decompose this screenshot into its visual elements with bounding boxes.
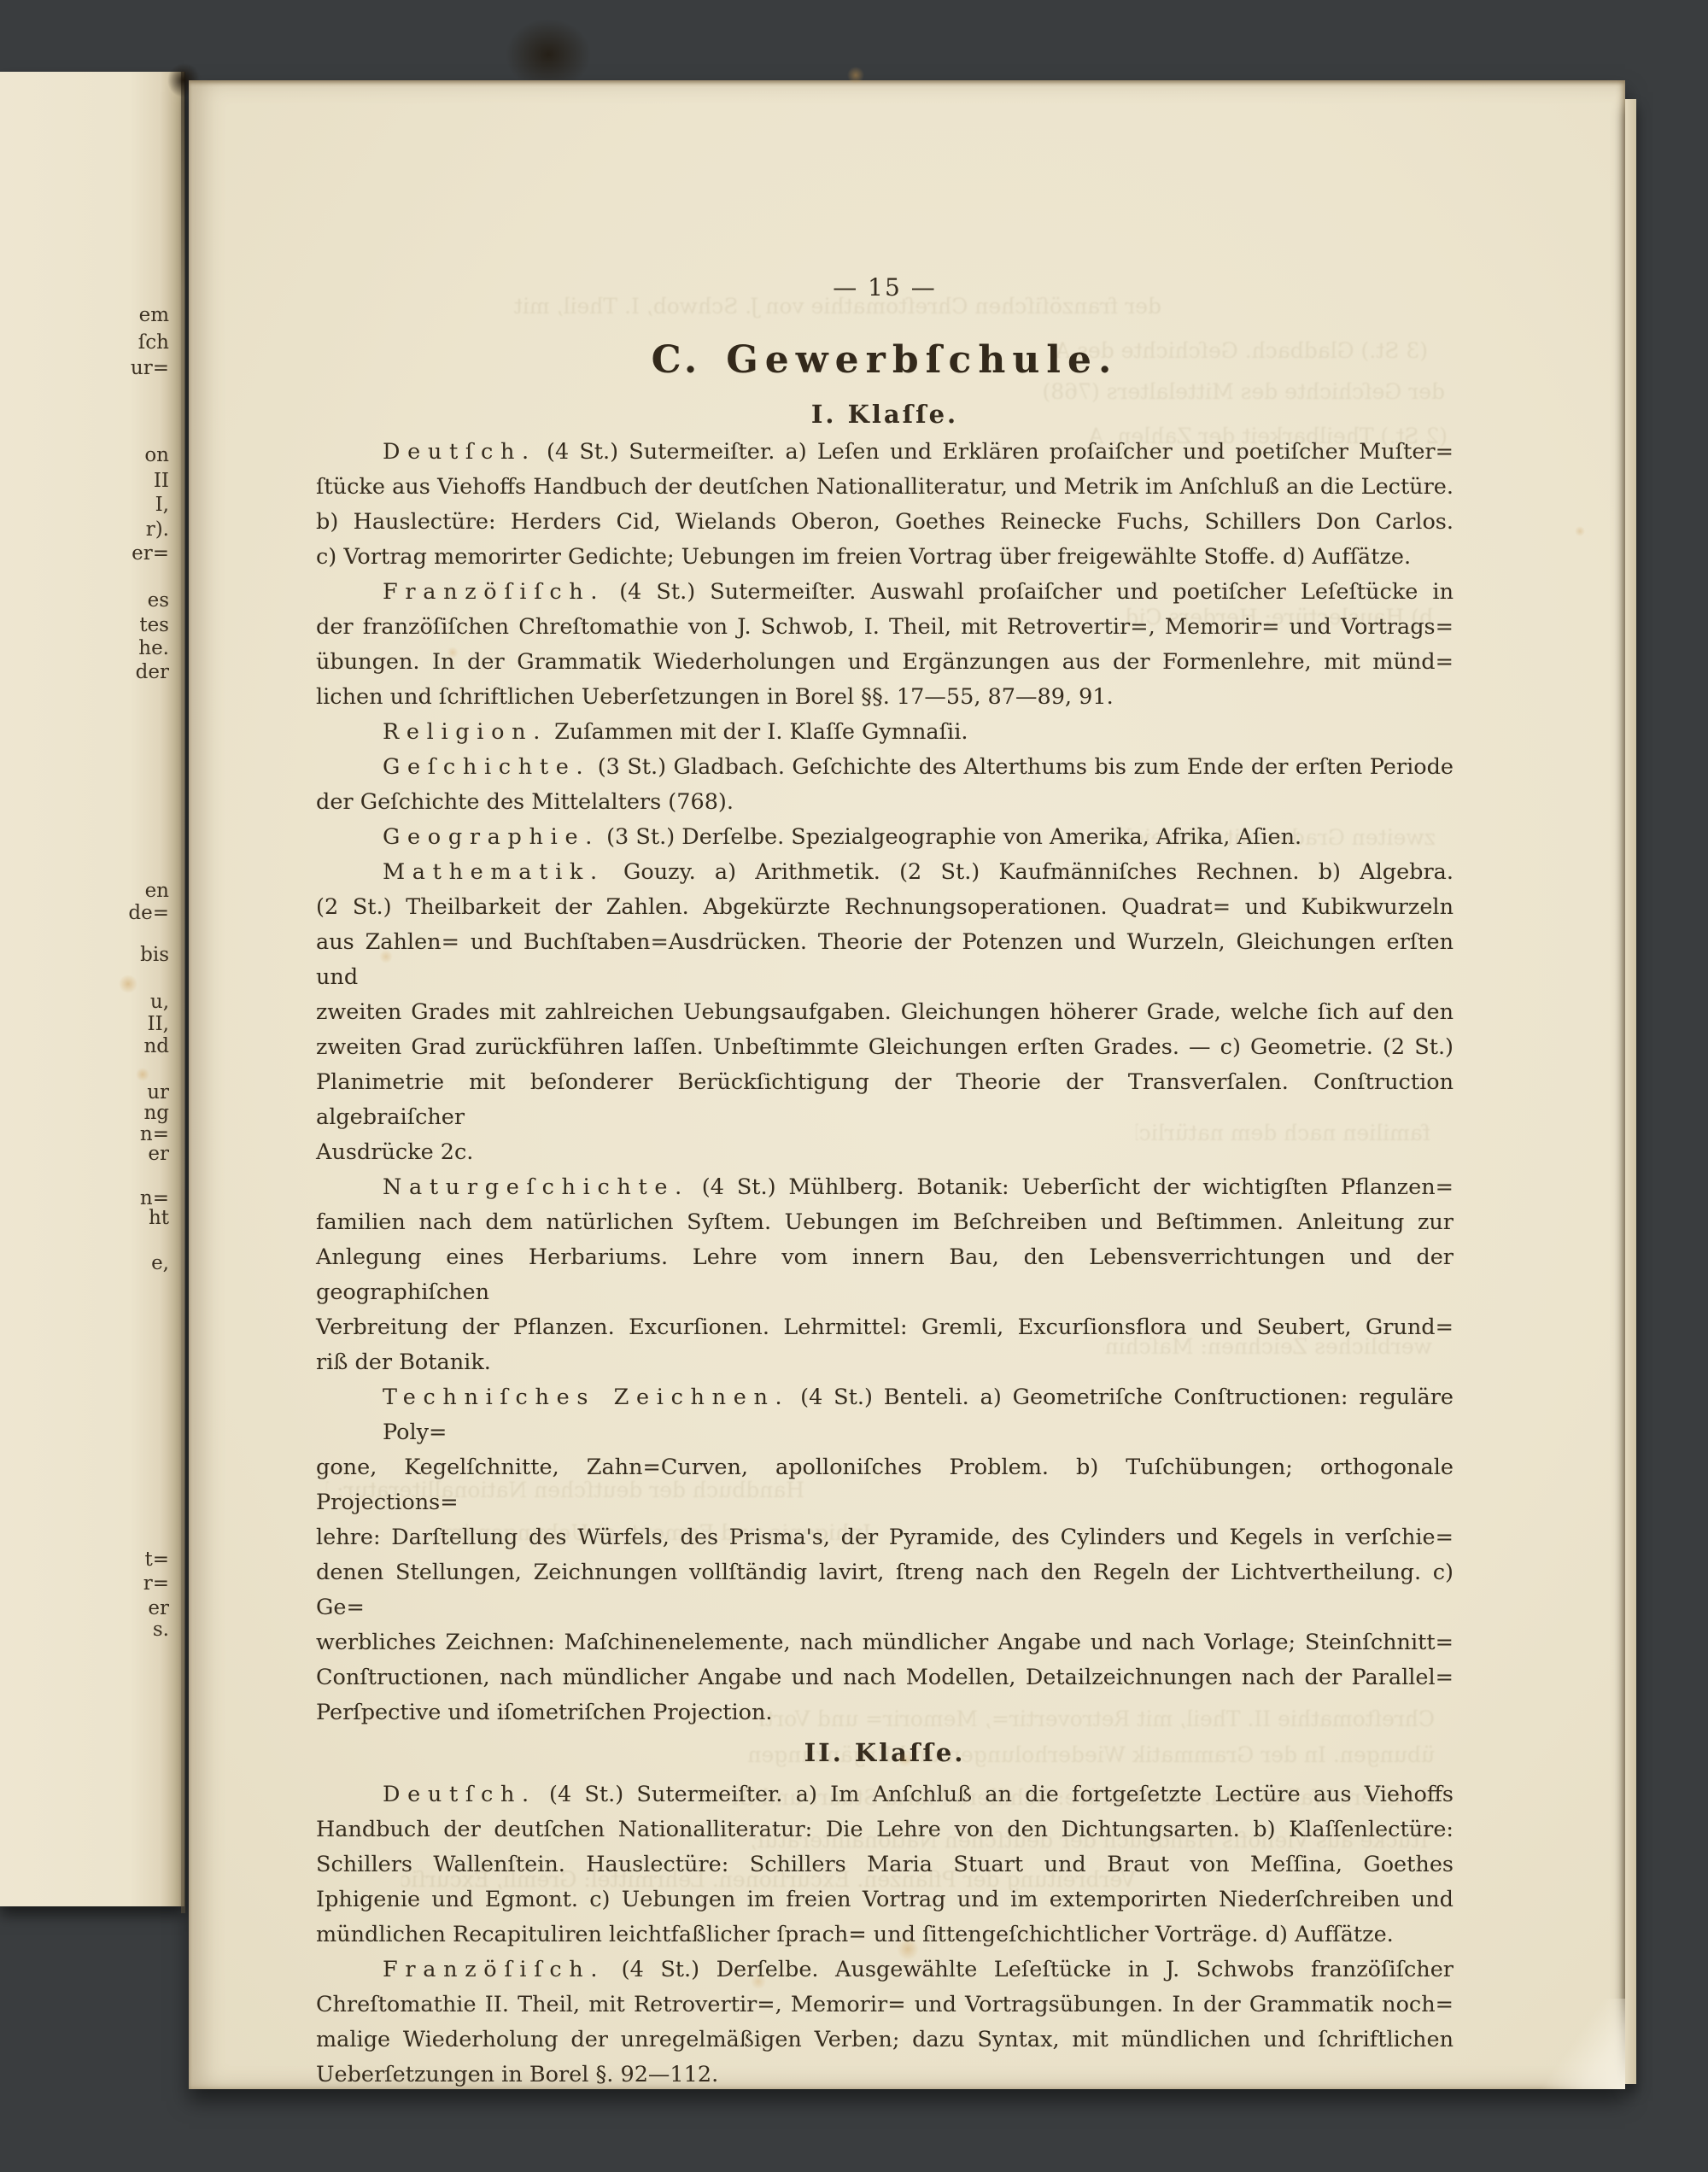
subject-lead: Franzöſiſch. bbox=[383, 1957, 605, 1982]
text-line: Religion. Zuſammen mit der I. Klaſſe Gym… bbox=[316, 715, 1454, 750]
text-line: Techniſches Zeichnen. (4 St.) Benteli. a… bbox=[316, 1380, 1454, 1450]
text-line: Ausdrücke 2c. bbox=[316, 1135, 1454, 1170]
subject-lead: Naturgeſchichte. bbox=[383, 1174, 689, 1200]
left-page-text-fragment: II bbox=[0, 470, 169, 492]
text-line: Franzöſiſch. (4 St.) Derſelbe. Ausgewähl… bbox=[316, 1952, 1454, 1988]
page-body-text: I. Klaſſe.Deutſch. (4 St.) Sutermeiſter.… bbox=[316, 397, 1454, 2093]
left-page-text-fragment: nd bbox=[0, 1035, 169, 1057]
left-page-text-fragment: er= bbox=[0, 542, 169, 565]
text-line: Mathematik. Gouzy. a) Arithmetik. (2 St.… bbox=[316, 855, 1454, 890]
text-line: zweiten Grades mit zahlreichen Uebungsau… bbox=[316, 995, 1454, 1030]
left-page-text-fragment: er bbox=[0, 1143, 169, 1165]
left-page-text-fragment: II, bbox=[0, 1013, 169, 1035]
subject-lead: Religion. bbox=[383, 719, 547, 745]
text-line: Deutſch. (4 St.) Sutermeiſter. a) Leſen … bbox=[316, 435, 1454, 470]
left-page-text-fragment: r= bbox=[0, 1572, 169, 1595]
left-page-text-fragment: u, bbox=[0, 991, 169, 1013]
subject-lead: Franzöſiſch. bbox=[383, 579, 605, 605]
left-page-text-fragment: s. bbox=[0, 1619, 169, 1641]
left-page-text-fragment: ſch bbox=[0, 331, 169, 354]
text-line: Anlegung eines Herbariums. Lehre vom inn… bbox=[316, 1240, 1454, 1310]
text-line: mündlichen Recapituliren leichtfaßlicher… bbox=[316, 1917, 1454, 1952]
text-line: Schillers Wallenſtein. Hauslectüre: Schi… bbox=[316, 1847, 1454, 1882]
text-line: aus Zahlen= und Buchſtaben=Ausdrücken. T… bbox=[316, 925, 1454, 995]
left-page-text-fragment: er bbox=[0, 1597, 169, 1619]
text-line: riß der Botanik. bbox=[316, 1345, 1454, 1380]
left-page-text-fragment: ur= bbox=[0, 357, 169, 379]
text-line: Geographie. (3 St.) Derſelbe. Spezialgeo… bbox=[316, 820, 1454, 855]
text-line: familien nach dem natürlichen Syſtem. Ue… bbox=[316, 1205, 1454, 1240]
text-line: c) Vortrag memorirter Gedichte; Uebungen… bbox=[316, 540, 1454, 575]
text-line: lehre: Darſtellung des Würfels, des Pris… bbox=[316, 1520, 1454, 1555]
text-line: Perſpective und iſometriſchen Projection… bbox=[316, 1695, 1454, 1730]
left-page-text-fragment: tes bbox=[0, 614, 169, 636]
text-line: (2 St.) Theilbarkeit der Zahlen. Abgekür… bbox=[316, 890, 1454, 925]
text-line: werbliches Zeichnen: Maſchinenelemente, … bbox=[316, 1625, 1454, 1660]
left-page-text-fragment: em bbox=[0, 304, 169, 326]
subject-lead: Mathematik. bbox=[383, 859, 605, 885]
left-page-text-fragment: ht bbox=[0, 1207, 169, 1229]
text-line: lichen und ſchriftlichen Ueberſetzungen … bbox=[316, 680, 1454, 715]
left-page-text-fragment: r). bbox=[0, 518, 169, 541]
text-line: ſtücke aus Viehoffs Handbuch der deutſch… bbox=[316, 470, 1454, 505]
text-line: b) Hauslectüre: Herders Cid, Wielands Ob… bbox=[316, 505, 1454, 540]
text-line: Deutſch. (4 St.) Sutermeiſter. a) Im Anſ… bbox=[316, 1777, 1454, 1812]
left-page-text-fragment: t= bbox=[0, 1549, 169, 1571]
text-line: zweiten Grad zurückführen laſſen. Unbeſt… bbox=[316, 1030, 1454, 1065]
subject-lead: Deutſch. bbox=[383, 439, 536, 465]
scanned-book-photo: emſchur=onIII,r).er=esteshe.derende=bisu… bbox=[0, 0, 1708, 2172]
text-line: Geſchichte. (3 St.) Gladbach. Geſchichte… bbox=[316, 750, 1454, 785]
left-page-text-fragment: ur bbox=[0, 1081, 169, 1104]
left-page-text-fragment: ng bbox=[0, 1102, 169, 1124]
left-page-text-fragment: I, bbox=[0, 494, 169, 516]
text-line: Handbuch der deutſchen Nationalliteratur… bbox=[316, 1812, 1454, 1847]
left-page-text-fragment: es bbox=[0, 589, 169, 612]
left-page-text-fragment: en bbox=[0, 880, 169, 902]
text-line: Franzöſiſch. (4 St.) Sutermeiſter. Auswa… bbox=[316, 575, 1454, 610]
left-page-text-fragment: on bbox=[0, 444, 169, 466]
section-heading: II. Klaſſe. bbox=[316, 1736, 1454, 1771]
title-text: Gewerbſchule. bbox=[726, 338, 1118, 382]
section-heading: I. Klaſſe. bbox=[316, 397, 1454, 432]
page-stack-edge bbox=[1625, 99, 1636, 2084]
text-line: Naturgeſchichte. (4 St.) Mühlberg. Botan… bbox=[316, 1170, 1454, 1205]
page-title: C.Gewerbſchule. bbox=[316, 338, 1454, 382]
text-line: Verbreitung der Pflanzen. Excurſionen. L… bbox=[316, 1310, 1454, 1345]
text-line: der Geſchichte des Mittelalters (768). bbox=[316, 785, 1454, 820]
text-line: übungen. In der Grammatik Wiederholungen… bbox=[316, 645, 1454, 680]
left-page-text-fragment: der bbox=[0, 661, 169, 683]
subject-lead: Deutſch. bbox=[383, 1782, 536, 1807]
subject-lead: Geographie. bbox=[383, 824, 600, 850]
text-line: Ueberſetzungen in Borel §. 92—112. bbox=[316, 2058, 1454, 2093]
left-page-text-fragment: de= bbox=[0, 902, 169, 924]
text-line: malige Wiederholung der unregelmäßigen V… bbox=[316, 2023, 1454, 2058]
book-gutter bbox=[181, 72, 185, 1913]
page-number: — 15 — bbox=[316, 273, 1454, 302]
subject-lead: Techniſches Zeichnen. bbox=[383, 1385, 789, 1410]
page-corner-curl bbox=[1533, 1999, 1625, 2089]
left-page-text-fragment: e, bbox=[0, 1252, 169, 1274]
text-line: Iphigenie und Egmont. c) Uebungen im fre… bbox=[316, 1882, 1454, 1917]
text-line: gone, Kegelſchnitte, Zahn=Curven, apollo… bbox=[316, 1450, 1454, 1520]
text-line: Chreſtomathie II. Theil, mit Retrovertir… bbox=[316, 1988, 1454, 2023]
text-line: Planimetrie mit beſonderer Berückſichtig… bbox=[316, 1065, 1454, 1135]
left-page-text-fragment: he. bbox=[0, 637, 169, 659]
title-letter: C. bbox=[652, 338, 701, 382]
subject-lead: Geſchichte. bbox=[383, 754, 590, 780]
text-line: der franzöſiſchen Chreſtomathie von J. S… bbox=[316, 610, 1454, 645]
text-line: denen Stellungen, Zeichnungen vollſtändi… bbox=[316, 1555, 1454, 1625]
left-page-text-fragment: bis bbox=[0, 944, 169, 966]
text-line: Conſtructionen, nach mündlicher Angabe u… bbox=[316, 1660, 1454, 1695]
